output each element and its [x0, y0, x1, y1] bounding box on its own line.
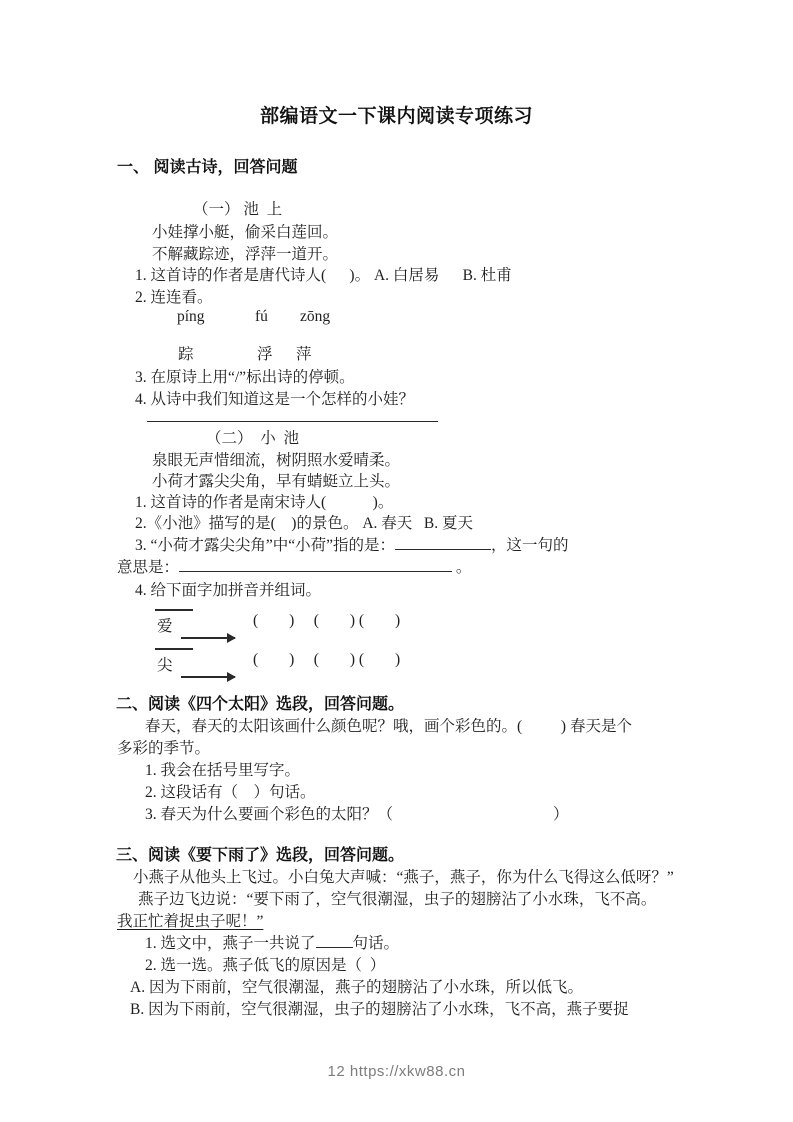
answer-space — [393, 818, 553, 819]
character-jian: 尖 — [157, 653, 173, 675]
question-text: 句话。 — [353, 935, 400, 952]
character-ai: 爱 — [157, 614, 173, 636]
section3-choice-a: A. 因为下雨前，空气很潮湿，燕子的翅膀沾了小水珠，所以低飞。 — [130, 977, 583, 999]
word-blanks: ( ) ( ) ( ) — [253, 612, 400, 630]
underlined-sentence: 我正忙着捉虫子呢！” — [117, 913, 263, 930]
section2-paragraph-line1: 春天，春天的太阳该画什么颜色呢？哦，画个彩色的。( ) 春天是个 — [145, 716, 632, 738]
matching-hanzi-3: 萍 — [296, 344, 312, 366]
section3-paragraph-line1: 小燕子从他头上飞过。小白兔大声喊：“燕子，燕子，你为什么飞得这么低呀？” — [133, 867, 674, 889]
poem2-question3-line2: 意思是： 。 — [117, 557, 471, 579]
section2-paragraph-line2: 多彩的季节。 — [117, 738, 210, 760]
poem2-verse1: 泉眼无声惜细流，树阴照水爱晴柔。 — [152, 450, 400, 472]
poem1-verse2: 不解藏踪迹，浮萍一道开。 — [152, 244, 338, 266]
question-text: 3. 春天为什么要画个彩色的太阳？（ — [145, 806, 393, 823]
matching-pinyin-2: fú — [255, 306, 268, 328]
section3-question2: 2. 选一选。燕子低飞的原因是（ ） — [145, 955, 385, 977]
section2-heading: 二、阅读《四个太阳》选段，回答问题。 — [116, 694, 404, 716]
matching-hanzi-1: 踪 — [178, 344, 194, 366]
poem1-question4: 4. 从诗中我们知道这是一个怎样的小娃？ — [135, 389, 414, 411]
worksheet-page: 部编语文一下课内阅读专项练习 一、 阅读古诗，回答问题 （一） 池 上 小娃撑小… — [0, 0, 793, 1122]
page-title: 部编语文一下课内阅读专项练习 — [0, 101, 793, 128]
matching-pinyin-3: zōng — [300, 306, 330, 328]
answer-blank — [395, 535, 491, 550]
poem1-title: （一） 池 上 — [193, 199, 282, 221]
question-text: 。 — [452, 559, 471, 576]
arrow-icon — [181, 637, 235, 639]
poem1-question1: 1. 这首诗的作者是唐代诗人( )。 A. 白居易 B. 杜甫 — [135, 265, 512, 287]
question-text: 1. 选文中，燕子一共说了 — [145, 935, 316, 952]
question-text: 3. “小荷才露尖尖角”中“小荷”指的是： — [135, 537, 395, 554]
answer-blank — [316, 933, 353, 948]
arrow-icon — [181, 676, 235, 678]
poem2-question3-line1: 3. “小荷才露尖尖角”中“小荷”指的是：，这一句的 — [135, 535, 569, 557]
poem1-question3: 3. 在原诗上用“/”标出诗的停顿。 — [135, 367, 355, 389]
section3-paragraph-line2: 燕子边飞边说：“要下雨了，空气很潮湿，虫子的翅膀沾了小水珠，飞不高。 — [138, 889, 656, 911]
section3-choice-b: B. 因为下雨前，空气很潮湿，虫子的翅膀沾了小水珠，飞不高，燕子要捉 — [130, 999, 629, 1021]
answer-blank — [179, 557, 452, 572]
section3-question1: 1. 选文中，燕子一共说了句话。 — [145, 933, 399, 955]
section2-question3: 3. 春天为什么要画个彩色的太阳？（） — [145, 804, 569, 826]
matching-hanzi-2: 浮 — [257, 344, 273, 366]
section2-question2: 2. 这段话有（ ）句话。 — [145, 782, 316, 804]
matching-pinyin-1: píng — [177, 306, 205, 328]
section2-question1: 1. 我会在括号里写字。 — [145, 760, 300, 782]
pinyin-writing-line — [155, 648, 193, 650]
section1-heading: 一、 阅读古诗，回答问题 — [117, 157, 297, 179]
pinyin-writing-line — [155, 609, 193, 611]
section3-paragraph-line3: 我正忙着捉虫子呢！” — [117, 911, 263, 933]
question-text: 意思是： — [117, 559, 179, 576]
poem2-verse2: 小荷才露尖尖角，早有蜻蜓立上头。 — [152, 471, 400, 493]
poem2-question1: 1. 这首诗的作者是南宋诗人( )。 — [135, 492, 393, 514]
pinyin-word-row-ai: 爱 ( ) ( ) ( ) — [155, 606, 535, 648]
word-blanks: ( ) ( ) ( ) — [253, 651, 400, 669]
poem1-verse1: 小娃撑小艇，偷采白莲回。 — [152, 222, 338, 244]
answer-line — [147, 421, 438, 422]
section3-heading: 三、阅读《要下雨了》选段，回答问题。 — [116, 845, 404, 867]
poem2-question4: 4. 给下面字加拼音并组词。 — [135, 580, 321, 602]
poem2-title: （二） 小 池 — [206, 428, 299, 450]
question-text: ，这一句的 — [491, 537, 569, 554]
page-footer: 12 https://xkw88.cn — [0, 1063, 793, 1080]
pinyin-word-row-jian: 尖 ( ) ( ) ( ) — [155, 645, 535, 687]
poem2-question2: 2.《小池》描写的是( )的景色。 A. 春天 B. 夏天 — [135, 513, 473, 535]
question-text: ） — [553, 806, 569, 823]
